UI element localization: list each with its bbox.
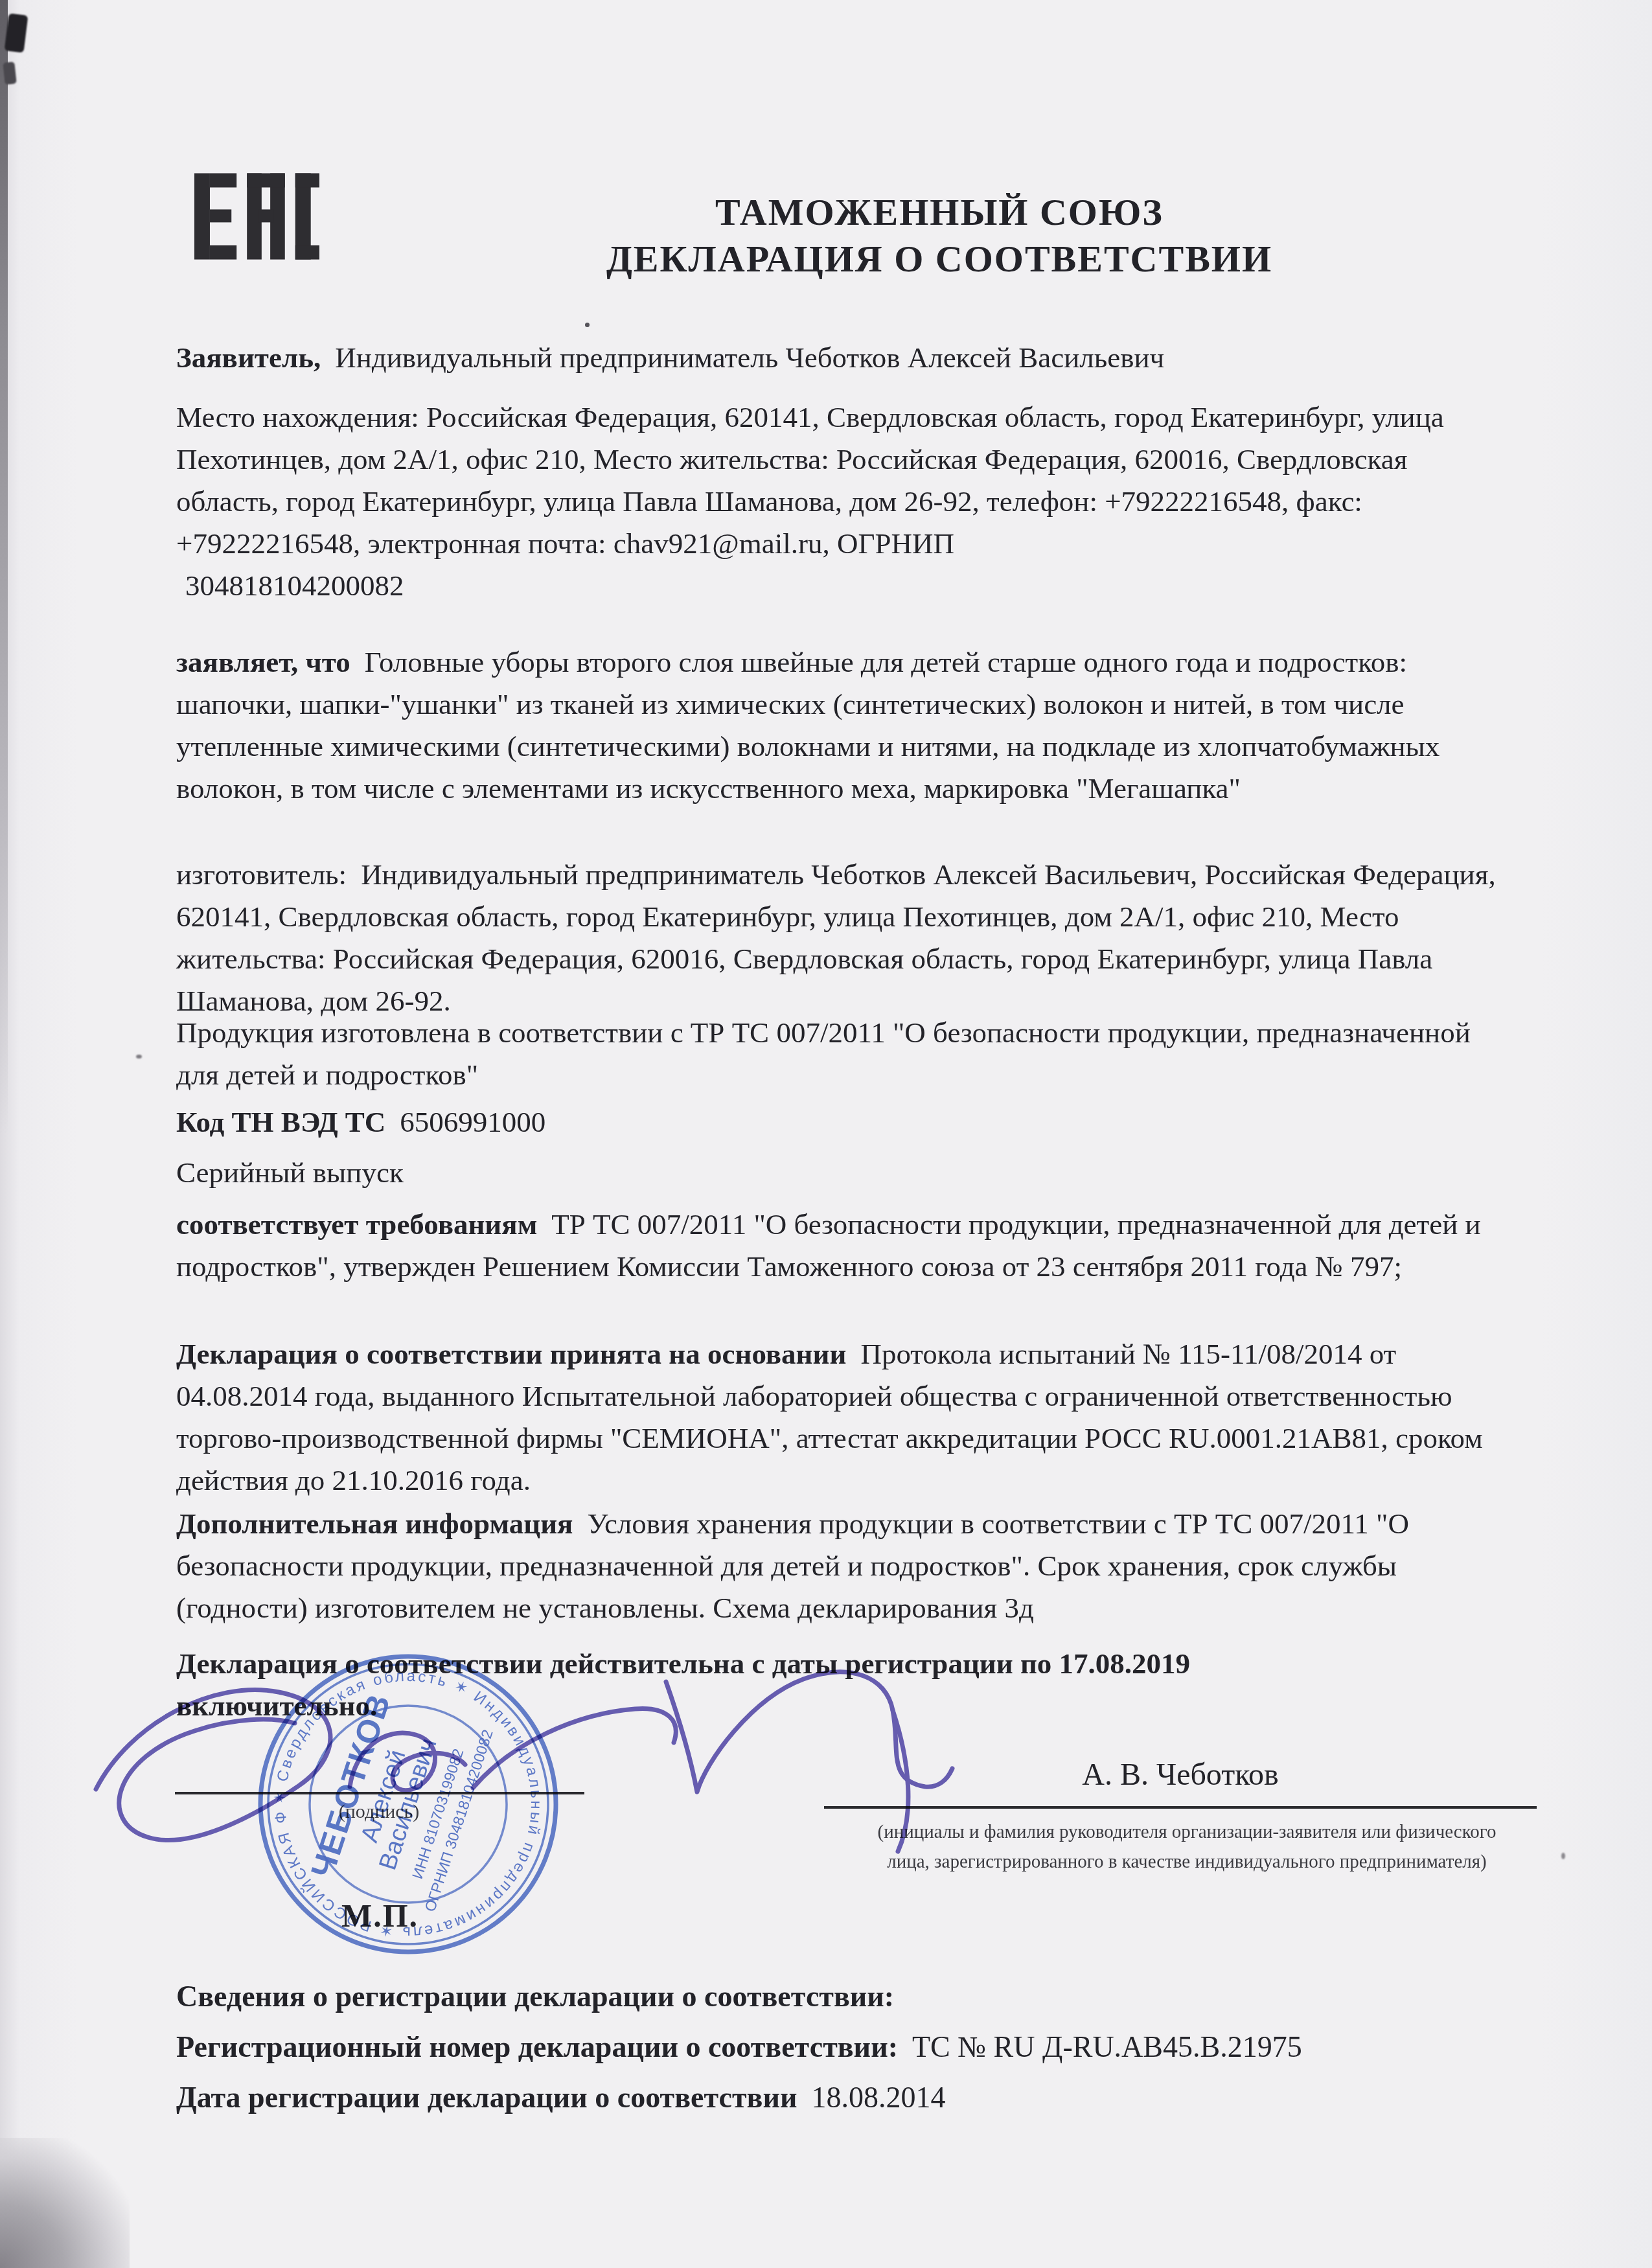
scanned-declaration-page: ТАМОЖЕННЫЙ СОЮЗ ДЕКЛАРАЦИЯ О СООТВЕТСТВИ… (0, 0, 1652, 2268)
basis-paragraph: Декларация о соответствии принята на осн… (176, 1333, 1504, 1502)
registration-number-row: Регистрационный номер декларации о соотв… (176, 2028, 1601, 2067)
manufacturer-paragraph: изготовитель:Индивидуальный предпринимат… (176, 854, 1504, 1022)
applicant-label: Заявитель, (176, 341, 321, 374)
registration-number-value: ТС № RU Д-RU.АВ45.В.21975 (912, 2030, 1302, 2063)
name-line (824, 1806, 1537, 1809)
declares-paragraph: заявляет, чтоГоловные уборы второго слоя… (176, 641, 1504, 810)
scan-corner-mark (3, 62, 16, 85)
scan-edge-shadow (0, 0, 8, 1134)
tnved-value: 6506991000 (400, 1106, 545, 1138)
additional-label: Дополнительная информация (176, 1507, 573, 1540)
name-caption-line2: лица, зарегистрированного в качестве инд… (811, 1851, 1563, 1873)
applicant-text: Индивидуальный предприниматель Чеботков … (335, 341, 1164, 374)
registration-number-label: Регистрационный номер декларации о соотв… (176, 2030, 898, 2063)
location-ogrnip: 304818104200082 (176, 565, 1504, 607)
complies-label: соответствует требованиям (176, 1208, 537, 1241)
scan-corner-smudge (0, 2138, 130, 2268)
declares-text: Головные уборы второго слоя швейные для … (176, 646, 1440, 805)
serial-row: Серийный выпуск (176, 1152, 1504, 1194)
serial-text: Серийный выпуск (176, 1156, 404, 1189)
signer-name: А. В. Чеботков (824, 1757, 1537, 1793)
scan-speck (136, 1055, 142, 1059)
accordance-text: Продукция изготовлена в соответствии с Т… (176, 1016, 1471, 1091)
manufacturer-label: изготовитель: (176, 858, 347, 891)
registration-date-row: Дата регистрации декларации о соответств… (176, 2078, 1601, 2117)
applicant-paragraph: Заявитель,Индивидуальный предприниматель… (176, 337, 1504, 379)
tnved-label: Код ТН ВЭД ТС (176, 1106, 385, 1138)
title-line-declaration: ДЕКЛАРАЦИЯ О СООТВЕТСТВИИ (363, 236, 1516, 282)
basis-label: Декларация о соответствии принята на осн… (176, 1338, 846, 1370)
declares-label: заявляет, что (176, 646, 350, 678)
round-stamp: ✶ Свердловская область ✶ Индивидуальный … (251, 1647, 565, 1961)
registration-header: Сведения о регистрации декларации о соот… (176, 1977, 1601, 2016)
scan-speck (585, 323, 590, 327)
complies-paragraph: соответствует требованиямТР ТС 007/2011 … (176, 1204, 1504, 1288)
additional-paragraph: Дополнительная информацияУсловия хранени… (176, 1503, 1504, 1629)
manufacturer-text: Индивидуальный предприниматель Чеботков … (176, 858, 1496, 1017)
title-line-customs-union: ТАМОЖЕННЫЙ СОЮЗ (363, 189, 1516, 236)
scan-corner-mark (5, 13, 29, 52)
registration-date-value: 18.08.2014 (811, 2081, 945, 2114)
name-caption-line1: (инициалы и фамилия руководителя организ… (811, 1822, 1563, 1843)
tnved-row: Код ТН ВЭД ТС6506991000 (176, 1101, 1504, 1143)
registration-date-label: Дата регистрации декларации о соответств… (176, 2081, 797, 2114)
accordance-paragraph: Продукция изготовлена в соответствии с Т… (176, 1012, 1504, 1096)
location-text: Место нахождения: Российская Федерация, … (176, 401, 1444, 560)
document-title: ТАМОЖЕННЫЙ СОЮЗ ДЕКЛАРАЦИЯ О СООТВЕТСТВИ… (363, 189, 1516, 282)
eac-mark-icon (194, 154, 319, 279)
location-paragraph: Место нахождения: Российская Федерация, … (176, 396, 1504, 607)
